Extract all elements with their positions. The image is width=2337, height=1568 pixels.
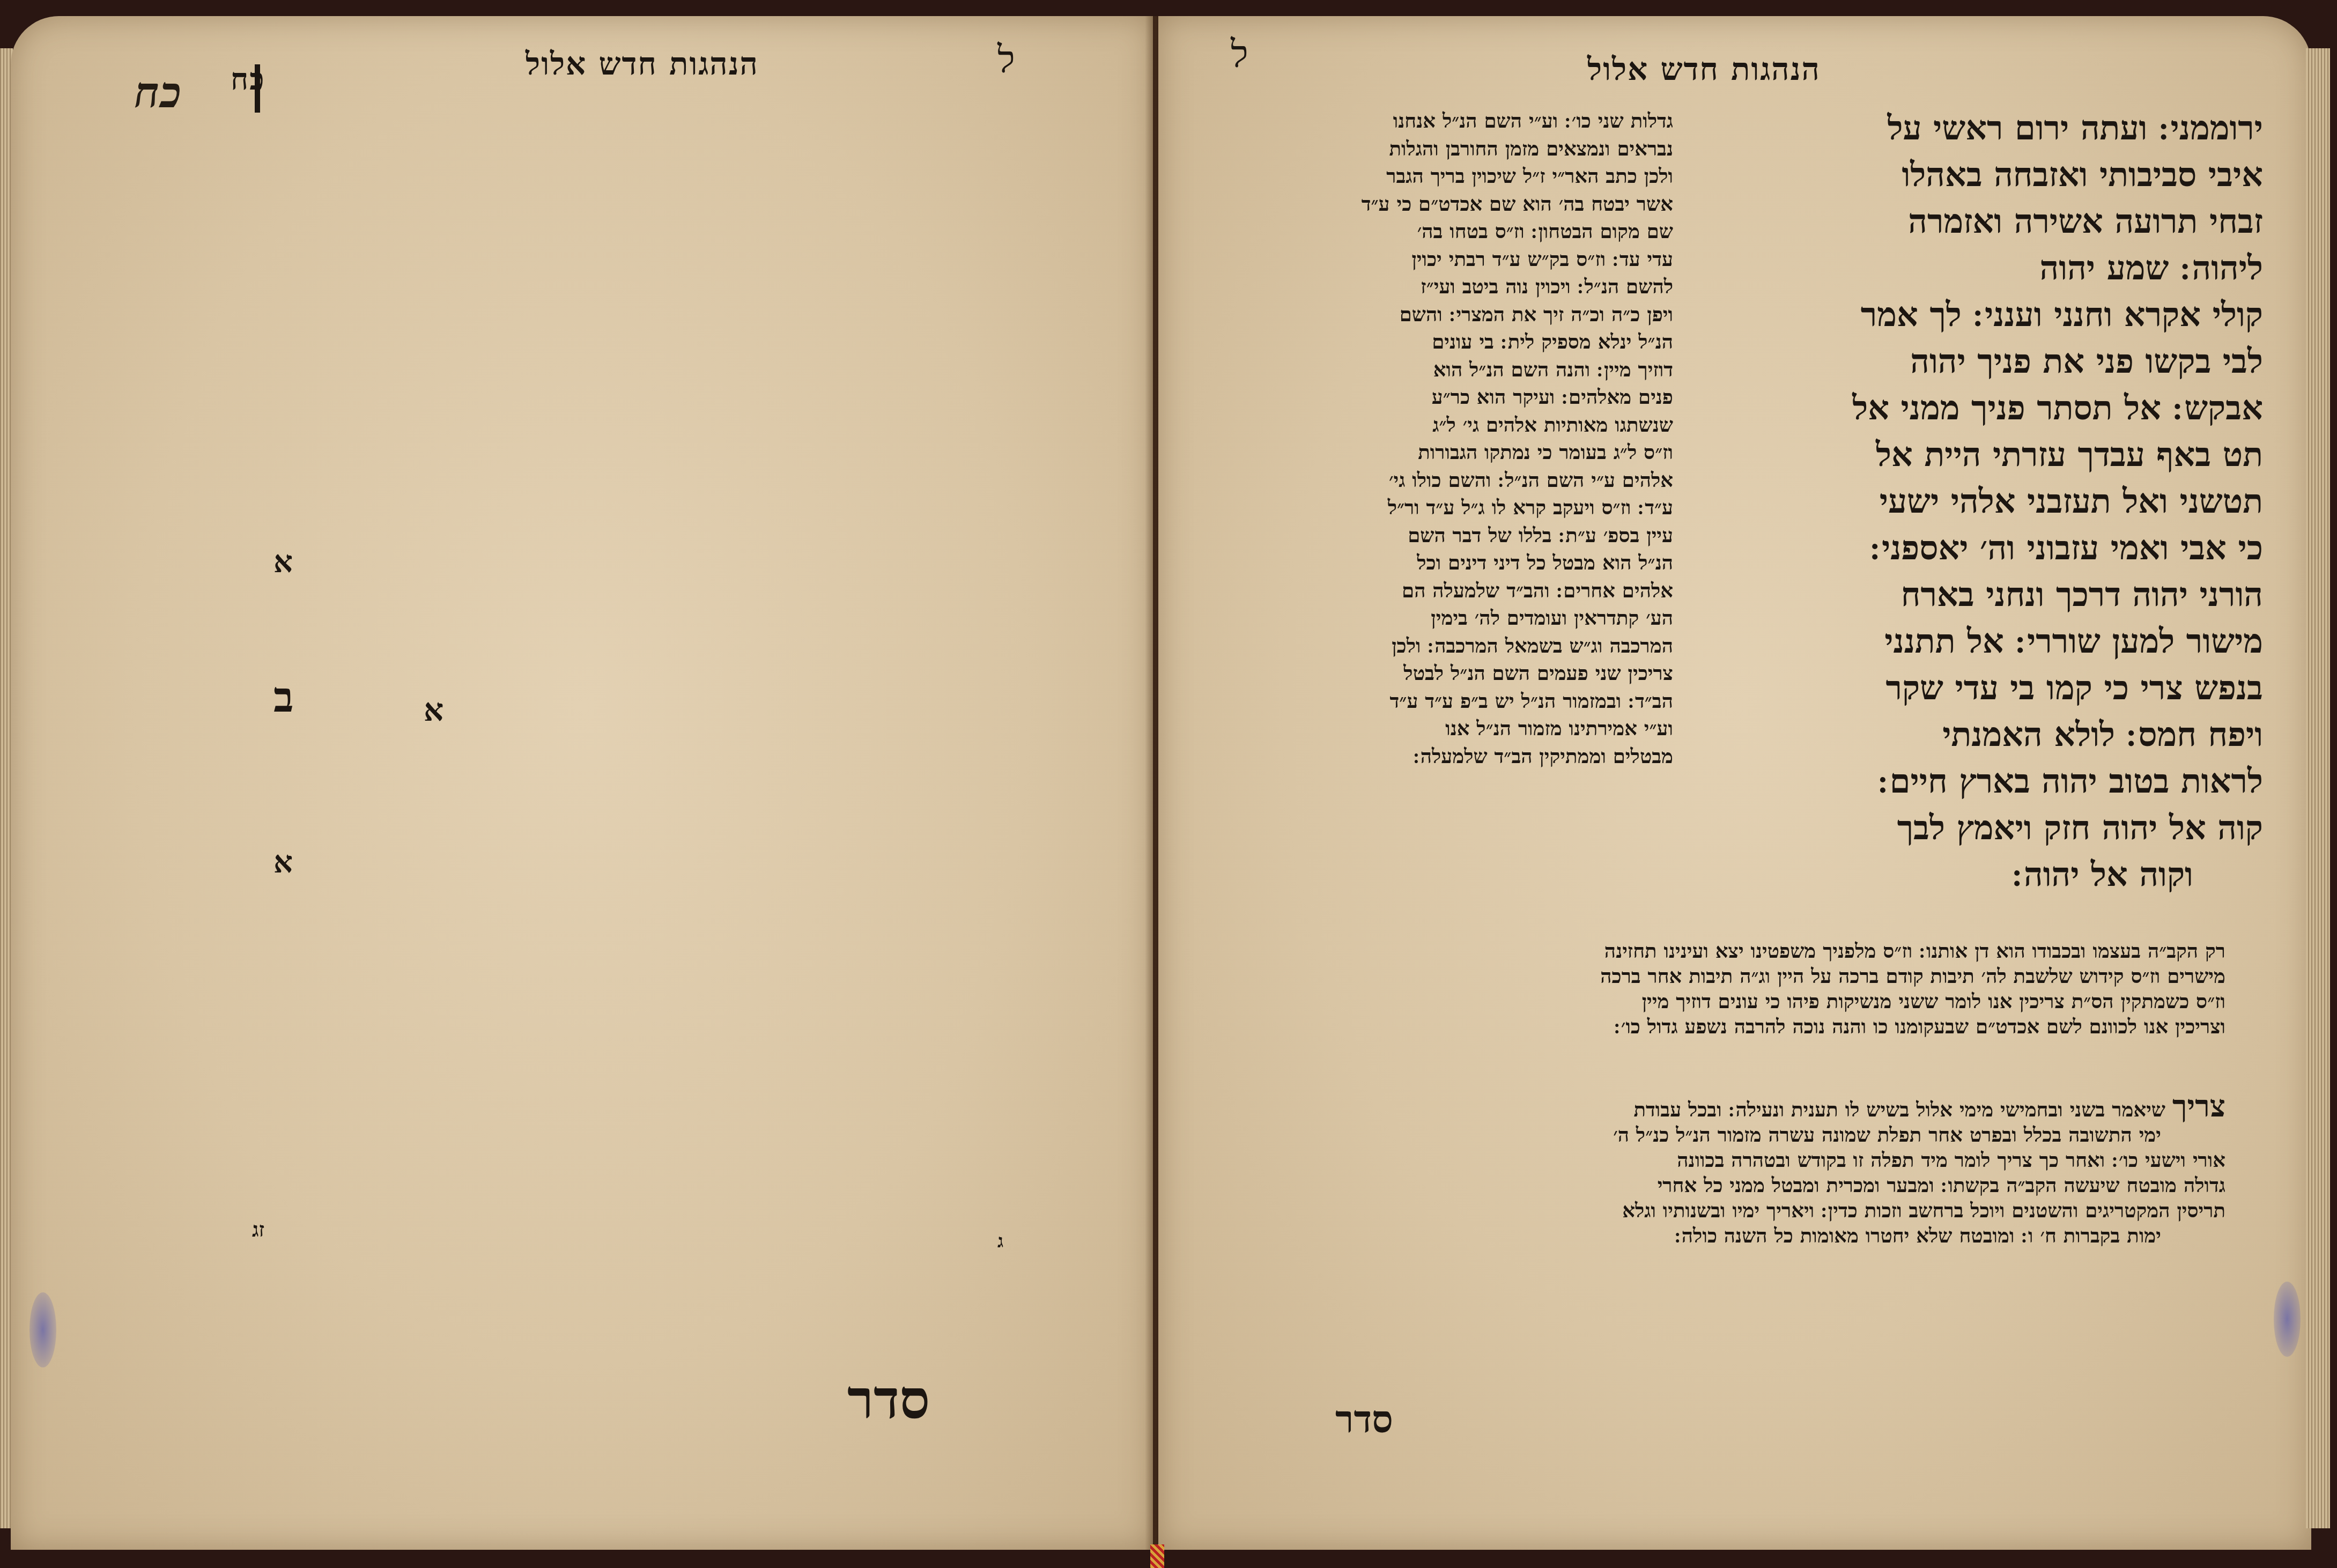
right-running-head: הנהגות חדש אלול — [1587, 51, 1821, 87]
commentary-line: עדי עד ׃ וז״ס בק״ש ע״ד רבתי יכוין — [1276, 246, 1673, 273]
commentary-line: עיין בספ׳ ע״ת ׃ בללו של דבר השם — [1276, 522, 1673, 550]
left-running-head: הנהגות חדש אלול — [526, 46, 759, 82]
left-catchword: סדר — [847, 1367, 930, 1431]
main-line: קוה אל יהוה חזק ויאמץ לבך — [1684, 804, 2263, 851]
instruction-line: ימי התשובה בכלל ובפרט אחר תפלת שמונה עשר… — [1249, 1122, 2225, 1148]
right-corner-mark: ל — [1231, 32, 1248, 77]
main-line: ירוממני ׃ ועתה ירום ראשי על — [1684, 105, 2263, 151]
commentary-line: הנ״ל הוא מבטל כל דיני דינים וכל — [1276, 549, 1673, 577]
instruction-paragraph: צריך שיאמר בשני ובחמישי מימי אלול בשיש ל… — [1249, 1094, 2225, 1248]
main-line: זבחי תרועה אשירה ואזמרה — [1684, 198, 2263, 245]
instruction-line: גדולה מובטח שיעשה הקב״ה בקשתו ׃ ומבער ומ… — [1249, 1173, 2225, 1198]
folio-divider — [255, 64, 260, 113]
commentary-line: אלהים אחרים ׃ והב״ד שלמעלה הם — [1276, 577, 1673, 605]
commentary-line: וז״ס כשמתקין הס״ת צריכין אנו לומר ששני מ… — [1249, 989, 2225, 1014]
commentary-line: נבראים ונמצאים מזמן החורבן והגלות — [1276, 135, 1673, 163]
commentary-line: מבטלים וממתיקין הב״ד שלמעלה ׃ — [1276, 743, 1673, 771]
commentary-line: ולכן כתב האר״י ז״ל שיכוין בריך הגבר — [1276, 162, 1673, 190]
instruction-line: ימות בקברות ח׳ ו ׃ ומובטח שלא יחטרו מאומ… — [1249, 1223, 2225, 1248]
main-line: תטשני ואל תעזבני אלהי ישעי — [1684, 478, 2263, 524]
main-line: ליהוה ׃ שמע יהוה — [1684, 245, 2263, 291]
ink-stain — [2274, 1282, 2301, 1357]
ink-stain — [29, 1292, 56, 1367]
commentary-line: להשם הנ״ל ׃ ויכוין נוה ביטב ועי״ז — [1276, 273, 1673, 301]
main-line: וקוה אל יהוה ׃ — [1684, 851, 2263, 898]
main-line: לראות בטוב יהוה בארץ חיים ׃ — [1684, 758, 2263, 804]
margin-glyph: א — [273, 845, 293, 880]
signature-mark: ג — [997, 1231, 1003, 1252]
handwritten-folio-number: כח — [134, 67, 182, 118]
left-footer-mark: זג — [252, 1217, 264, 1242]
commentary-line: וע״י אמירתינו מזמור הנ״ל אנו — [1276, 715, 1673, 743]
paragraph-lead-word: צריך — [2172, 1089, 2225, 1124]
main-line: כי אבי ואמי עזבוני וה׳ יאספני ׃ — [1684, 524, 2263, 571]
commentary-paragraph: רק הקב״ה בעצמו ובכבודו הוא דן אותנו ׃ וז… — [1249, 938, 2225, 1039]
instruction-line: תריסין המקטריגים והשטנים ויוכל ברחשב וזכ… — [1249, 1198, 2225, 1223]
commentary-line: ע״ד ׃ וז״ס ויעקב קרא לו ג״ל ע״ד ור״ל — [1276, 494, 1673, 522]
psalm-main-column: ירוממני ׃ ועתה ירום ראשי על איבי סביבותי… — [1684, 105, 2263, 898]
main-line: מישור למען שוררי ׃ אל תתנני — [1684, 618, 2263, 664]
instruction-line: אורי וישעי כו׳ ׃ ואחר כך צריך לומר מיד ת… — [1249, 1148, 2225, 1173]
commentary-line: וצריכין אנו לכוונם לשם אכדט״ם שבעקומנו כ… — [1249, 1014, 2225, 1039]
commentary-line: אשר יבטח בה׳ הוא שם אכדט״ם כי ע״ד — [1276, 190, 1673, 218]
main-line: תט באף עבדך עזרתי היית אל — [1684, 431, 2263, 478]
commentary-line: צריכין שני פעמים השם הנ״ל לבטל — [1276, 660, 1673, 687]
book-spread: הנהגות חדש אלול כח כח ל א שיר למעלות אשא… — [0, 16, 2337, 1550]
instruction-line: שיאמר בשני ובחמישי מימי אלול בשיש לו תענ… — [1633, 1098, 2165, 1121]
commentary-line: מישרים וז״ס קידוש שלשבת לה׳ תיבות קודם ב… — [1249, 964, 2225, 989]
commentary-line: הב״ד ׃ ובמזמור הנ״ל יש ב״פ ע״ד ע״ד — [1276, 687, 1673, 715]
margin-glyph: א — [273, 544, 293, 580]
main-line: אבקש ׃ אל תסתר פניך ממני אל — [1684, 384, 2263, 431]
commentary-column: גדלות שני כו׳ ׃ וע״י השם הנ״ל אנחנו נברא… — [1276, 107, 1673, 770]
bookmark-ribbon — [1150, 1544, 1164, 1568]
right-catchword: סדר — [1335, 1397, 1393, 1442]
commentary-line: אלהים ע״י השם הנ״ל ׃ והשם כולו גי׳ — [1276, 467, 1673, 494]
commentary-line: ויפן כ״ה וכ״ה זיך את המצרי ׃ והשם — [1276, 301, 1673, 329]
left-corner-mark: ל — [997, 38, 1015, 82]
main-line: לבי בקשו פני את פניך יהוה — [1684, 338, 2263, 384]
commentary-line: גדלות שני כו׳ ׃ וע״י השם הנ״ל אנחנו — [1276, 107, 1673, 135]
commentary-line: המרכבה וג״ש בשמאל המרכבה ׃ ולכן — [1276, 632, 1673, 660]
commentary-line: הע׳ קתדראין ועומדים לה׳ בימין — [1276, 604, 1673, 632]
page-edges-right — [2306, 48, 2330, 1528]
main-line: הורני יהוה דרכך ונחני בארח — [1684, 571, 2263, 618]
margin-glyph: א — [424, 692, 443, 728]
commentary-line: וז״ס ל״ג בעומר כי נמתקו הגבורות — [1276, 439, 1673, 467]
margin-glyph: ב — [273, 673, 294, 722]
left-page — [11, 16, 1153, 1550]
commentary-line: שם מקום הבטחון ׃ וז״ס בטחו בה׳ — [1276, 218, 1673, 246]
commentary-line: הנ״ל ינלא מספיק לית ׃ בי עונים — [1276, 328, 1673, 356]
commentary-line: רק הקב״ה בעצמו ובכבודו הוא דן אותנו ׃ וז… — [1249, 938, 2225, 964]
main-line: קולי אקרא וחנני וענני ׃ לך אמר — [1684, 291, 2263, 338]
main-line: בנפש צרי כי קמו בי עדי שקר — [1684, 664, 2263, 711]
commentary-line: פנים מאלהים ׃ ועיקר הוא כר״ע — [1276, 383, 1673, 411]
commentary-line: דוזיך מיין ׃ והנה השם הנ״ל הוא — [1276, 356, 1673, 384]
main-line: ויפח חמס ׃ לולא האמנתי — [1684, 711, 2263, 758]
commentary-line: שנשתגו מאותיות אלהים גי׳ ל״ג — [1276, 411, 1673, 439]
main-line: איבי סביבותי ואזבחה באהלו — [1684, 151, 2263, 198]
instruction-first-line: צריך שיאמר בשני ובחמישי מימי אלול בשיש ל… — [1249, 1094, 2225, 1122]
